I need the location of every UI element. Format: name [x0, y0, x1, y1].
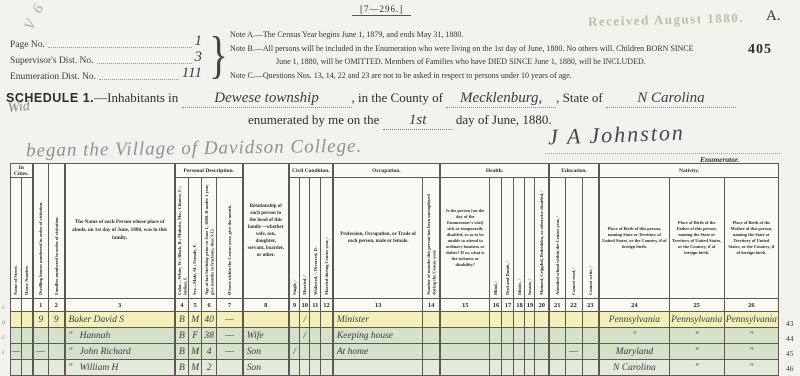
cell-dwelling: 9	[33, 312, 49, 328]
col-number-20: 20	[535, 299, 549, 312]
cell-blind	[490, 360, 502, 376]
cell-name: ″ John Richard	[65, 344, 175, 360]
cell-occupation: Minister	[333, 312, 423, 328]
cell-house	[22, 328, 33, 344]
margin-mark: c	[2, 345, 6, 360]
line-number: 45	[786, 346, 794, 361]
line-number: 44	[786, 331, 794, 346]
cell-color: B	[175, 344, 189, 360]
dotted-leader	[99, 79, 179, 80]
group-nativity: Nativity.	[599, 164, 778, 178]
table-row-line-45: ——″ John RichardBM4—Son/At home—Maryland…	[11, 344, 779, 360]
cell-street	[11, 360, 22, 376]
col-age: Age at last birthday prior to June 1, 18…	[202, 178, 217, 299]
col-sickness: Is the person [on the day of the Enumera…	[440, 178, 490, 299]
county-label: , in the County of	[352, 90, 443, 105]
dotted-leader	[48, 47, 192, 48]
col-relationship: Relationship of each person to the head …	[243, 164, 289, 299]
cell-single	[289, 360, 300, 376]
col-months-unemployed: Number of months this person has been un…	[423, 178, 440, 299]
col-widowed: Widowed, /. Divorced, D.	[310, 178, 321, 299]
cell-house	[22, 312, 33, 328]
cell-sex: M	[189, 312, 202, 328]
cell-relationship: Son	[243, 360, 289, 376]
col-number-19: 19	[525, 299, 535, 312]
col-number-17: 17	[502, 299, 514, 312]
state-label: , State of	[556, 90, 603, 105]
township-entry: Dewese township	[182, 90, 352, 108]
col-number-house	[22, 299, 33, 312]
col-number-2: 2	[49, 299, 65, 312]
cell-maimed	[535, 360, 549, 376]
margin-mark: u	[2, 315, 6, 330]
table-body: 99Baker David SBM40—/MinisterPennsylvani…	[11, 312, 779, 376]
col-dwelling: Dwelling houses numbered in order of vis…	[33, 164, 49, 299]
group-personal-description: Personal Description.	[175, 164, 243, 178]
cell-color: B	[175, 328, 189, 344]
cell-street	[11, 328, 22, 344]
cell-sex: F	[189, 328, 202, 344]
col-number-26: 26	[724, 299, 778, 312]
col-number-25: 25	[669, 299, 724, 312]
cell-married	[300, 344, 310, 360]
col-sex: Sex—Male, M.; Female, F.	[189, 178, 202, 299]
col-number-10: 10	[300, 299, 310, 312]
col-number-16: 16	[490, 299, 502, 312]
right-line-numbers: 43444546	[786, 316, 794, 376]
supervisor-dist-value: 3	[195, 49, 207, 66]
enumeration-dist-value: 111	[182, 65, 206, 82]
cell-sickness	[440, 344, 490, 360]
cell-birth-place: Pennsylvania	[599, 312, 669, 328]
col-number-3: 3	[65, 299, 175, 312]
cell-street	[11, 312, 22, 328]
cell-maimed	[535, 328, 549, 344]
enumerated-line: enumerated by me on the 1st day of June,…	[248, 112, 552, 130]
cell-family: 9	[49, 312, 65, 328]
note-b-line2: June 1, 1880, will be OMITTED. Members o…	[230, 55, 755, 69]
cell-month	[217, 360, 243, 376]
schedule-heading: SCHEDULE 1.—Inhabitants in Dewese townsh…	[6, 90, 798, 108]
cell-maimed	[535, 312, 549, 328]
cell-birth-mother: Pennsylvania	[724, 312, 778, 328]
cell-month: —	[217, 312, 243, 328]
cell-age: 40	[202, 312, 217, 328]
cell-idiotic	[514, 360, 525, 376]
cell-family	[49, 360, 65, 376]
cell-deaf-dumb	[502, 344, 514, 360]
col-number-7: 7	[217, 299, 243, 312]
signature-line	[545, 153, 780, 154]
cell-months-unemployed	[423, 360, 440, 376]
cell-blind	[490, 312, 502, 328]
cell-color: B	[175, 312, 189, 328]
col-number-6: 6	[202, 299, 217, 312]
col-house-number: House Number.	[22, 178, 33, 299]
margin-mark: c	[2, 330, 6, 345]
col-deaf-dumb: Deaf and Dumb, /	[502, 178, 514, 299]
left-margin-marks: cucc	[2, 300, 6, 360]
cell-birth-mother: ″	[724, 328, 778, 344]
group-health: Health.	[440, 164, 549, 178]
col-number-13: 13	[333, 299, 423, 312]
cell-dwelling	[33, 360, 49, 376]
cell-name: ″ Hannah	[65, 328, 175, 344]
cell-school	[549, 360, 565, 376]
cell-married-in-year	[321, 328, 333, 344]
col-insane: Insane, /	[525, 178, 535, 299]
cell-married-in-year	[321, 344, 333, 360]
table-row-line-43: 99Baker David SBM40—/MinisterPennsylvani…	[11, 312, 779, 328]
cell-idiotic	[514, 328, 525, 344]
date-label: day of June, 1880.	[456, 112, 552, 127]
cell-school	[549, 312, 565, 328]
cell-birth-father: Pennsylvania	[669, 312, 724, 328]
census-page-scan: V 6 6 [7—296.] Received August 1880. A. …	[0, 0, 800, 376]
corner-letter: A.	[766, 8, 781, 25]
cell-occupation	[333, 360, 423, 376]
cell-insane	[525, 360, 535, 376]
cell-school	[549, 344, 565, 360]
cell-blind	[490, 344, 502, 360]
cell-widowed	[310, 312, 321, 328]
cell-deaf-dumb	[502, 360, 514, 376]
cell-birth-mother: ″	[724, 344, 778, 360]
cell-relationship: Wife	[243, 328, 289, 344]
cell-cannot-write	[582, 344, 599, 360]
census-table-wrap: In Cities. Dwelling houses numbered in o…	[10, 163, 792, 376]
table-row-line-44: ″ HannahBF38—Wife/Keeping house″″″	[11, 328, 779, 344]
pencil-scribble: V 6 6	[22, 0, 57, 33]
col-single: Single, /	[289, 178, 300, 299]
cell-insane	[525, 328, 535, 344]
cell-single	[289, 328, 300, 344]
cell-single	[289, 312, 300, 328]
group-civil-condition: Civil Condition.	[289, 164, 333, 178]
cell-occupation: Keeping house	[333, 328, 423, 344]
cell-age: 4	[202, 344, 217, 360]
col-married-in-year: Married during Census year, /	[321, 178, 333, 299]
county-entry: Mecklenburg,	[446, 90, 556, 108]
cell-months-unemployed	[423, 312, 440, 328]
col-number-21: 21	[549, 299, 565, 312]
table-row-line-46: ″ William HBM2SonN Carolina″″	[11, 360, 779, 376]
cell-birth-place: Maryland	[599, 344, 669, 360]
cell-widowed	[310, 344, 321, 360]
cell-married: /	[300, 328, 310, 344]
col-occupation: Profession, Occupation, or Trade of each…	[333, 178, 423, 299]
cell-house	[22, 344, 33, 360]
cell-birth-father: ″	[669, 328, 724, 344]
enumerator-signature: J A Johnston	[548, 120, 686, 151]
page-no-value: 1	[195, 33, 207, 50]
group-header-row: In Cities. Dwelling houses numbered in o…	[11, 164, 779, 178]
pencil-note: began the Village of Davidson College.	[26, 136, 363, 163]
col-birth-month: If born within the Census year, give the…	[217, 178, 243, 299]
cell-cannot-write	[582, 328, 599, 344]
inhabitants-label: —Inhabitants in	[94, 90, 178, 105]
cell-cannot-write	[582, 360, 599, 376]
col-number-23: 23	[582, 299, 599, 312]
cell-sex: M	[189, 360, 202, 376]
cell-birth-place: ″	[599, 328, 669, 344]
col-number-11: 11	[310, 299, 321, 312]
cell-month: —	[217, 344, 243, 360]
day-entry: 1st	[383, 112, 453, 130]
cell-dwelling: —	[33, 344, 49, 360]
cell-house	[22, 360, 33, 376]
cell-deaf-dumb	[502, 312, 514, 328]
form-number: [7—296.]	[352, 4, 411, 16]
col-number-9: 9	[289, 299, 300, 312]
dotted-leader	[97, 63, 192, 64]
page-no-field: Page No. 1	[10, 34, 206, 50]
col-number-14: 14	[423, 299, 440, 312]
col-number-5: 5	[189, 299, 202, 312]
notes-block: Note A.—The Census Year begins June 1, 1…	[230, 28, 755, 82]
cell-widowed	[310, 360, 321, 376]
cell-sickness	[440, 312, 490, 328]
col-number-street	[11, 299, 22, 312]
col-number-1: 1	[33, 299, 49, 312]
col-birth-mother: Place of Birth of the Mother of this per…	[724, 178, 778, 299]
cell-months-unemployed	[423, 328, 440, 344]
census-table: In Cities. Dwelling houses numbered in o…	[10, 163, 779, 376]
cell-sickness	[440, 328, 490, 344]
cell-sex: M	[189, 344, 202, 360]
cell-insane	[525, 344, 535, 360]
page-no-label: Page No.	[10, 40, 45, 50]
note-a: Note A.—The Census Year begins June 1, 1…	[230, 28, 755, 42]
col-attended-school: Attended school within the Census year, …	[549, 178, 565, 299]
col-color: Color—White, W.; Black, B.; Mulatto, Mu.…	[175, 178, 189, 299]
cell-cannot-read	[565, 328, 582, 344]
cell-insane	[525, 312, 535, 328]
col-birth-father: Place of Birth of the Father of this per…	[669, 178, 724, 299]
cell-birth-mother: ″	[724, 360, 778, 376]
fields-brace: }	[209, 26, 228, 85]
note-b-line1: Note B.—All persons will be included in …	[230, 42, 755, 56]
line-number: 46	[786, 361, 794, 376]
margin-mark: c	[2, 300, 6, 315]
group-education: Education.	[549, 164, 599, 178]
cell-single: /	[289, 344, 300, 360]
enumeration-dist-field: Enumeration Dist. No. 111	[10, 66, 206, 82]
col-cannot-write: Cannot write, /	[582, 178, 599, 299]
cell-idiotic	[514, 312, 525, 328]
col-married: Married, /	[300, 178, 310, 299]
cell-dwelling	[33, 328, 49, 344]
cell-family	[49, 328, 65, 344]
col-number-12: 12	[321, 299, 333, 312]
col-blind: Blind, /	[490, 178, 502, 299]
col-number-15: 15	[440, 299, 490, 312]
enumerated-label: enumerated by me on the	[248, 112, 379, 127]
cell-relationship: Son	[243, 344, 289, 360]
col-cannot-read: Cannot read, /	[565, 178, 582, 299]
column-number-row: 1234567891011121314151617181920212223242…	[11, 299, 779, 312]
cell-cannot-write	[582, 312, 599, 328]
state-entry: N Carolina	[606, 90, 736, 108]
cell-maimed	[535, 344, 549, 360]
pencil-annotation: Wid	[7, 99, 30, 117]
cell-married-in-year	[321, 360, 333, 376]
cell-cannot-read: —	[565, 344, 582, 360]
col-number-18: 18	[514, 299, 525, 312]
col-idiotic: Idiotic, /	[514, 178, 525, 299]
line-number: 43	[786, 316, 794, 331]
col-number-22: 22	[565, 299, 582, 312]
col-name: The Name of each Person whose place of a…	[65, 164, 175, 299]
cell-relationship	[243, 312, 289, 328]
cell-age: 2	[202, 360, 217, 376]
cell-birth-father: ″	[669, 344, 724, 360]
col-birth-place: Place of Birth of this person, naming St…	[599, 178, 669, 299]
supervisor-dist-field: Supervisor's Dist. No. 3	[10, 50, 206, 66]
cell-age: 38	[202, 328, 217, 344]
district-fields: Page No. 1 Supervisor's Dist. No. 3 Enum…	[10, 34, 206, 82]
enumeration-dist-label: Enumeration Dist. No.	[10, 72, 96, 82]
cell-married-in-year	[321, 312, 333, 328]
group-occupation: Occupation.	[333, 164, 440, 178]
cell-cannot-read	[565, 360, 582, 376]
col-family: Families numbered in order of visitation…	[49, 164, 65, 299]
cell-widowed	[310, 328, 321, 344]
cell-school	[549, 328, 565, 344]
cell-family	[49, 344, 65, 360]
cell-cannot-read	[565, 312, 582, 328]
col-number-24: 24	[599, 299, 669, 312]
col-maimed: Maimed, Crippled, Bedridden, or otherwis…	[535, 178, 549, 299]
cell-occupation: At home	[333, 344, 423, 360]
cell-street: —	[11, 344, 22, 360]
supervisor-dist-label: Supervisor's Dist. No.	[10, 56, 94, 66]
cell-birth-place: N Carolina	[599, 360, 669, 376]
cell-sickness	[440, 360, 490, 376]
col-street: Name of Street.	[11, 178, 22, 299]
cell-deaf-dumb	[502, 328, 514, 344]
cell-birth-father: ″	[669, 360, 724, 376]
col-number-4: 4	[175, 299, 189, 312]
cell-month: —	[217, 328, 243, 344]
cell-name: ″ William H	[65, 360, 175, 376]
group-in-cities: In Cities.	[11, 164, 33, 178]
cell-color: B	[175, 360, 189, 376]
cell-married: /	[300, 312, 310, 328]
cell-married	[300, 360, 310, 376]
cell-months-unemployed	[423, 344, 440, 360]
cell-idiotic	[514, 344, 525, 360]
cell-blind	[490, 328, 502, 344]
note-c: Note C.—Questions Nos. 13, 14, 22 and 23…	[230, 69, 755, 83]
col-number-8: 8	[243, 299, 289, 312]
cell-name: Baker David S	[65, 312, 175, 328]
